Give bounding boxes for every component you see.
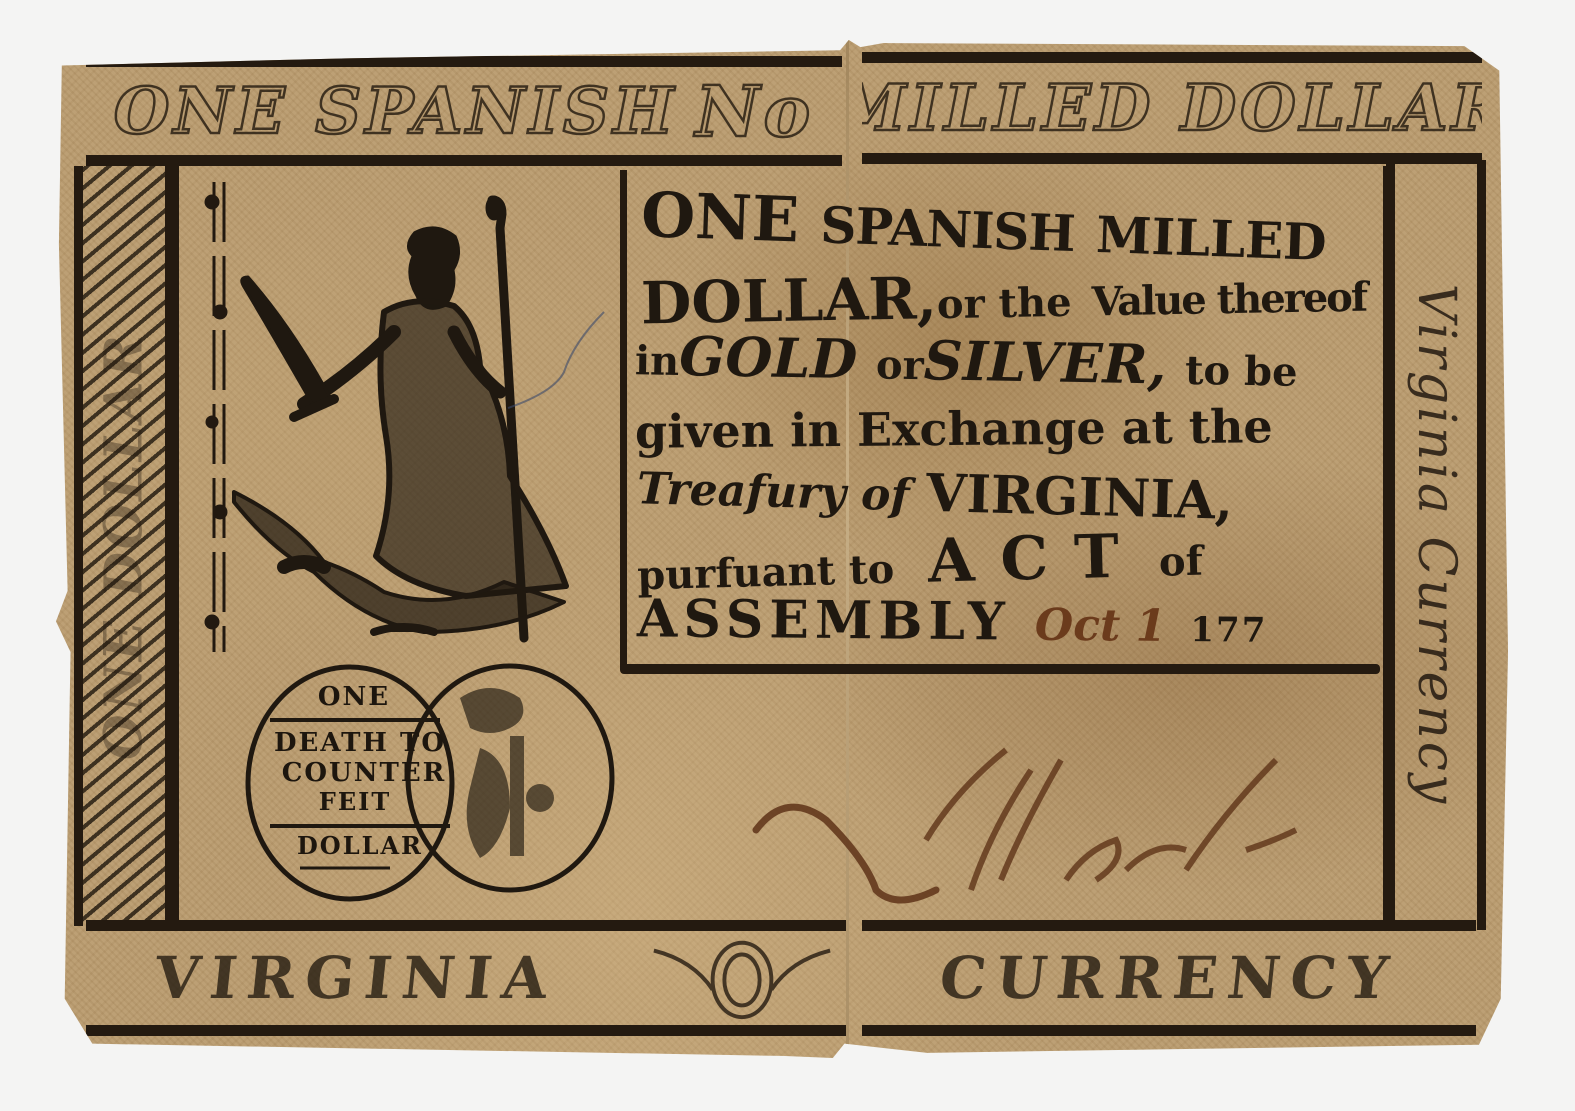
text-gold: GOLD bbox=[679, 324, 858, 391]
right-side-border-text: Virginia Currency bbox=[1406, 284, 1466, 806]
text-milled: MILLED bbox=[1095, 205, 1327, 272]
panel-bottom-rule bbox=[620, 664, 1380, 674]
top-right-border-band: MILLED DOLLAR bbox=[862, 52, 1482, 164]
text-in: in bbox=[635, 337, 680, 385]
text-silver: SILVER, bbox=[923, 328, 1167, 396]
text-or-the: or the bbox=[936, 279, 1071, 328]
counterfeit-warning-seal: ONE DEATH TO COUNTER FEIT DOLLAR bbox=[240, 658, 620, 908]
bottom-right-border-text: CURRENCY bbox=[858, 939, 1480, 1017]
left-side-border-text: ONE DOLLAR bbox=[94, 332, 155, 760]
text-assembly: ASSEMBLY bbox=[637, 588, 1011, 652]
text-treasury-of: Treafury of bbox=[636, 463, 910, 521]
seal-middle-text-1: DEATH TO bbox=[260, 730, 460, 756]
seal-top-text: ONE bbox=[294, 684, 414, 710]
signature-area: J. Wood bbox=[746, 730, 1366, 930]
border-text-one-spanish: ONE SPANISH bbox=[114, 75, 678, 147]
text-act: ACT bbox=[927, 521, 1146, 597]
text-line-1: ONE SPANISH MILLED bbox=[640, 184, 1328, 270]
text-or: or bbox=[876, 341, 925, 389]
handwritten-date: Oct 1 bbox=[1035, 600, 1167, 652]
text-line-2: DOLLAR,or the Value thereof bbox=[641, 262, 1367, 333]
text-line-3: inGOLD orSILVER, to be bbox=[635, 328, 1299, 394]
vignette-panel bbox=[184, 172, 614, 662]
seal-middle-text-3: FEIT bbox=[280, 790, 430, 814]
bottom-left-border-band: VIRGINIA bbox=[86, 920, 846, 1036]
text-year: 177 bbox=[1190, 610, 1267, 651]
currency-note: ONE SPANISH No MILLED DOLLAR ONE DOLLAR … bbox=[56, 40, 1508, 1060]
seal-middle-text-2: COUNTER bbox=[254, 760, 474, 786]
right-side-border: Virginia Currency bbox=[1386, 160, 1486, 930]
virtus-figure-icon bbox=[224, 192, 624, 662]
text-one: ONE bbox=[640, 178, 800, 256]
top-left-border-band: ONE SPANISH No bbox=[86, 56, 842, 166]
text-value-thereof: Value thereof bbox=[1091, 274, 1366, 326]
seal-bottom-text: DOLLAR bbox=[280, 834, 440, 858]
scroll-ornament-icon bbox=[642, 931, 842, 1025]
text-line-7: ASSEMBLY Oct 1 177 bbox=[637, 593, 1268, 650]
text-virginia: VIRGINIA, bbox=[925, 463, 1233, 532]
main-text-panel: ONE SPANISH MILLED DOLLAR,or the Value t… bbox=[620, 170, 1386, 670]
text-to-be: to be bbox=[1185, 347, 1298, 396]
bottom-right-border-band: CURRENCY bbox=[862, 920, 1476, 1036]
text-spanish: SPANISH bbox=[819, 195, 1075, 263]
text-line-5: Treafury of VIRGINIA, bbox=[636, 460, 1233, 528]
text-of: of bbox=[1158, 538, 1203, 586]
left-side-border: ONE DOLLAR bbox=[74, 166, 174, 926]
top-right-border-text: MILLED DOLLAR bbox=[862, 71, 1482, 145]
text-line-4: given in Exchange at the bbox=[635, 403, 1273, 455]
top-left-border-text: ONE SPANISH No bbox=[86, 75, 842, 147]
numero-mark: No bbox=[696, 75, 815, 147]
bottom-left-border-text: VIRGINIA bbox=[82, 939, 630, 1017]
